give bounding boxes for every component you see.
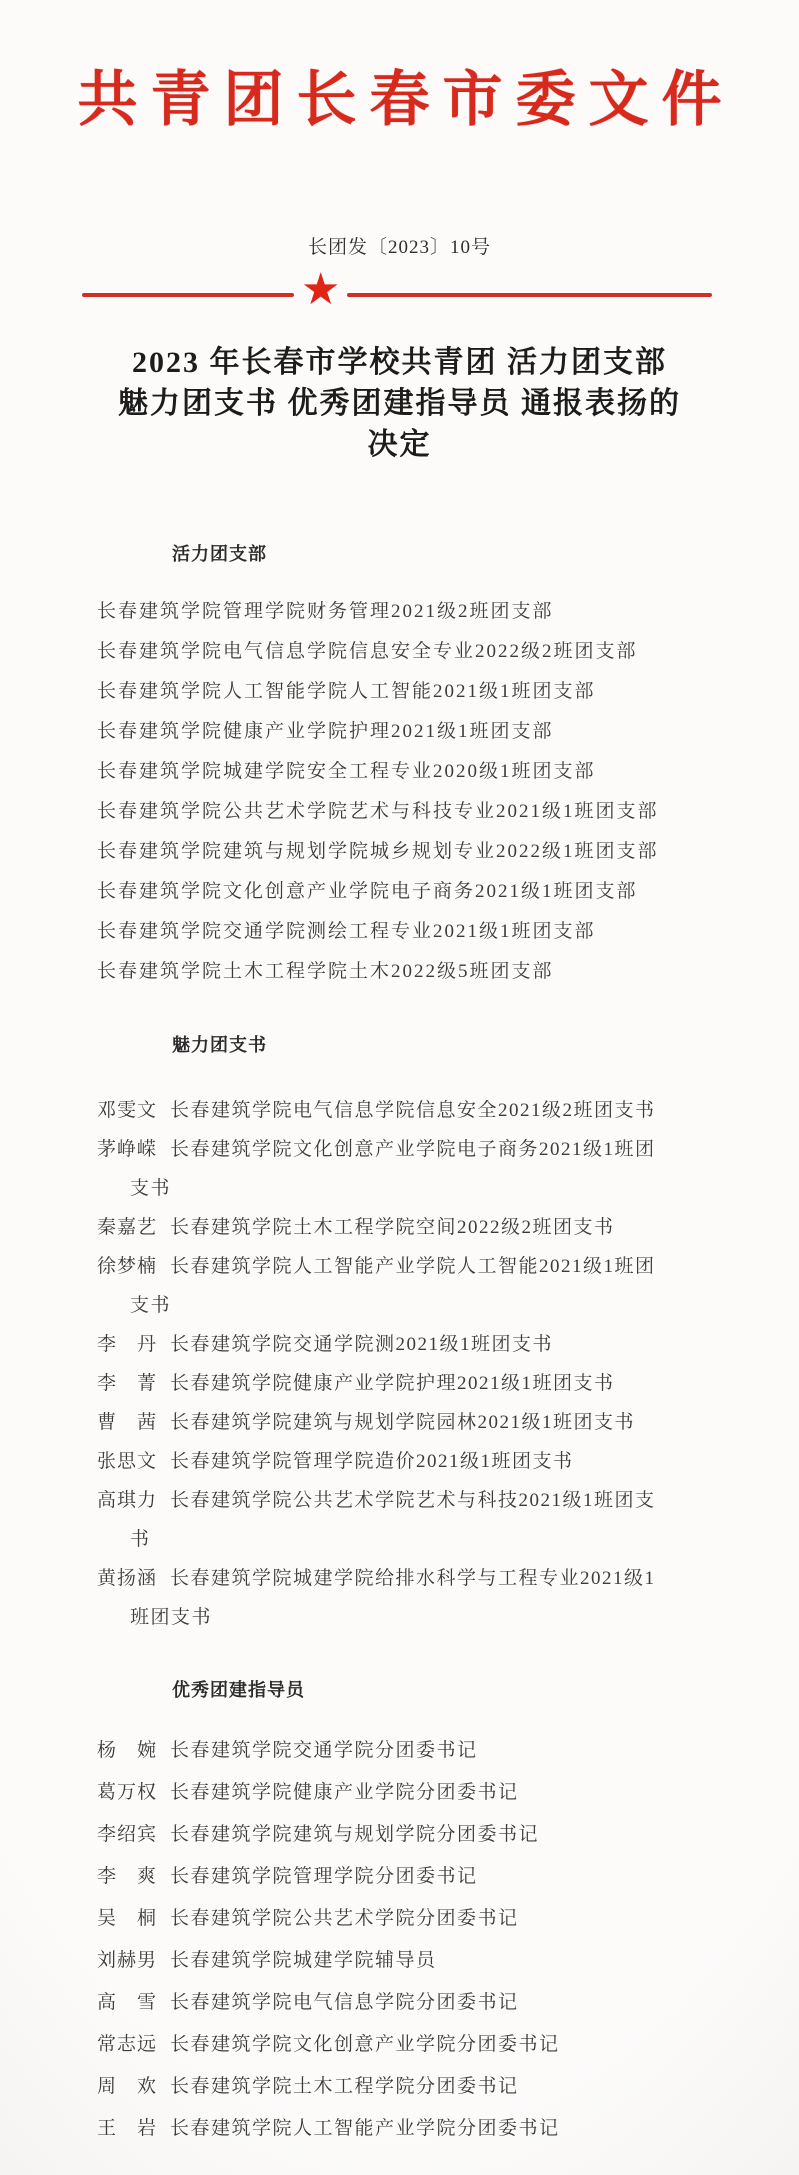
vitality-item: 长春建筑学院城建学院安全工程专业2020级1班团支部: [97, 752, 799, 792]
awardee-org-line: 长春建筑学院健康产业学院护理2021级1班团支书: [130, 1364, 799, 1403]
awardee-org-line: 长春建筑学院人工智能产业学院分团委书记: [130, 2108, 799, 2150]
awardee-name: 吴 桐: [97, 1898, 157, 1940]
document-number: 长团发〔2023〕10号: [0, 232, 799, 259]
awardee-name: 茅峥嵘: [97, 1130, 157, 1169]
awardee-row: 高琪力 长春建筑学院公共艺术学院艺术与科技2021级1班团支书: [130, 1481, 799, 1559]
awardee-org: 长春建筑学院人工智能产业学院人工智能2021级1班团支书: [130, 1247, 799, 1325]
awardee-row: 李 菁 长春建筑学院健康产业学院护理2021级1班团支书: [130, 1364, 799, 1403]
awardee-name: 李 菁: [97, 1364, 157, 1403]
awardee-name: 葛万权: [97, 1772, 157, 1814]
document-title-line-2: 魅力团支书 优秀团建指导员 通报表扬的: [0, 383, 799, 424]
awardee-org-line: 长春建筑学院交通学院分团委书记: [130, 1730, 799, 1772]
awardee-org: 长春建筑学院城建学院辅导员: [130, 1940, 799, 1982]
awardee-org: 长春建筑学院城建学院给排水科学与工程专业2021级1班团支书: [130, 1559, 799, 1637]
awardee-row: 徐梦楠 长春建筑学院人工智能产业学院人工智能2021级1班团支书: [130, 1247, 799, 1325]
document-page: 共青团长春市委文件 长团发〔2023〕10号 ★ 2023 年长春市学校共青团 …: [0, 0, 799, 2175]
document-title: 2023 年长春市学校共青团 活力团支部 魅力团支书 优秀团建指导员 通报表扬的…: [0, 342, 799, 465]
awardee-org-line: 书: [130, 1520, 799, 1559]
awardee-org-line: 支书: [130, 1286, 799, 1325]
awardee-row: 杨 婉 长春建筑学院交通学院分团委书记: [130, 1730, 799, 1772]
document-title-line-3: 决定: [0, 424, 799, 465]
vitality-item: 长春建筑学院建筑与规划学院城乡规划专业2022级1班团支部: [97, 832, 799, 872]
awardee-org-line: 长春建筑学院健康产业学院分团委书记: [130, 1772, 799, 1814]
awardee-org-line: 长春建筑学院公共艺术学院分团委书记: [130, 1898, 799, 1940]
awardee-row: 周 欢 长春建筑学院土木工程学院分团委书记: [130, 2066, 799, 2108]
section-heading-vitality: 活力团支部: [172, 540, 267, 566]
awardee-org-line: 班团支书: [130, 1598, 799, 1637]
vitality-item: 长春建筑学院文化创意产业学院电子商务2021级1班团支部: [97, 872, 799, 912]
awardee-org: 长春建筑学院公共艺术学院艺术与科技2021级1班团支书: [130, 1481, 799, 1559]
header-rule: ★: [82, 268, 712, 316]
awardee-org-line: 长春建筑学院管理学院造价2021级1班团支书: [130, 1442, 799, 1481]
awardee-name: 黄扬涵: [97, 1559, 157, 1598]
awardee-row: 常志远 长春建筑学院文化创意产业学院分团委书记: [130, 2024, 799, 2066]
awardee-org: 长春建筑学院土木工程学院空间2022级2班团支书: [130, 1208, 799, 1247]
awardee-org-line: 长春建筑学院交通学院测2021级1班团支书: [130, 1325, 799, 1364]
awardee-name: 常志远: [97, 2024, 157, 2066]
header-rule-left: [82, 293, 294, 297]
awardee-org-line: 长春建筑学院城建学院给排水科学与工程专业2021级1: [130, 1559, 799, 1598]
awardee-org-line: 长春建筑学院文化创意产业学院电子商务2021级1班团: [130, 1130, 799, 1169]
awardee-row: 秦嘉艺 长春建筑学院土木工程学院空间2022级2班团支书: [130, 1208, 799, 1247]
awardee-org: 长春建筑学院土木工程学院分团委书记: [130, 2066, 799, 2108]
awardee-org: 长春建筑学院建筑与规划学院园林2021级1班团支书: [130, 1403, 799, 1442]
vitality-item: 长春建筑学院健康产业学院护理2021级1班团支部: [97, 712, 799, 752]
awardee-org-line: 长春建筑学院城建学院辅导员: [130, 1940, 799, 1982]
awardee-name: 李 丹: [97, 1325, 157, 1364]
awardee-org-line: 长春建筑学院建筑与规划学院园林2021级1班团支书: [130, 1403, 799, 1442]
awardee-org-line: 长春建筑学院管理学院分团委书记: [130, 1856, 799, 1898]
awardee-name: 王 岩: [97, 2108, 157, 2150]
awardee-org: 长春建筑学院建筑与规划学院分团委书记: [130, 1814, 799, 1856]
awardee-org: 长春建筑学院电气信息学院分团委书记: [130, 1982, 799, 2024]
awardee-row: 葛万权 长春建筑学院健康产业学院分团委书记: [130, 1772, 799, 1814]
awardee-org: 长春建筑学院人工智能产业学院分团委书记: [130, 2108, 799, 2150]
awardee-row: 黄扬涵 长春建筑学院城建学院给排水科学与工程专业2021级1班团支书: [130, 1559, 799, 1637]
awardee-org: 长春建筑学院文化创意产业学院分团委书记: [130, 2024, 799, 2066]
advisors-list: 杨 婉 长春建筑学院交通学院分团委书记 葛万权 长春建筑学院健康产业学院分团委书…: [0, 1730, 799, 2150]
awardee-row: 高 雪 长春建筑学院电气信息学院分团委书记: [130, 1982, 799, 2024]
awardee-row: 刘赫男 长春建筑学院城建学院辅导员: [130, 1940, 799, 1982]
awardee-name: 徐梦楠: [97, 1247, 157, 1286]
awardee-org: 长春建筑学院管理学院造价2021级1班团支书: [130, 1442, 799, 1481]
awardee-org-line: 长春建筑学院电气信息学院分团委书记: [130, 1982, 799, 2024]
section-heading-charm: 魅力团支书: [172, 1031, 267, 1057]
awardee-org: 长春建筑学院管理学院分团委书记: [130, 1856, 799, 1898]
awardee-name: 高琪力: [97, 1481, 157, 1520]
awardee-row: 邓雯文 长春建筑学院电气信息学院信息安全2021级2班团支书: [130, 1091, 799, 1130]
vitality-item: 长春建筑学院交通学院测绘工程专业2021级1班团支部: [97, 912, 799, 952]
awardee-org: 长春建筑学院文化创意产业学院电子商务2021级1班团支书: [130, 1130, 799, 1208]
awardee-name: 秦嘉艺: [97, 1208, 157, 1247]
vitality-list: 长春建筑学院管理学院财务管理2021级2班团支部 长春建筑学院电气信息学院信息安…: [0, 592, 799, 992]
red-star-icon: ★: [294, 268, 347, 312]
document-title-line-1: 2023 年长春市学校共青团 活力团支部: [0, 342, 799, 383]
vitality-item: 长春建筑学院人工智能学院人工智能2021级1班团支部: [97, 672, 799, 712]
vitality-item: 长春建筑学院电气信息学院信息安全专业2022级2班团支部: [97, 632, 799, 672]
awardee-org-line: 长春建筑学院文化创意产业学院分团委书记: [130, 2024, 799, 2066]
awardee-name: 张思文: [97, 1442, 157, 1481]
awardee-org-line: 长春建筑学院人工智能产业学院人工智能2021级1班团: [130, 1247, 799, 1286]
awardee-name: 李 爽: [97, 1856, 157, 1898]
awardee-row: 吴 桐 长春建筑学院公共艺术学院分团委书记: [130, 1898, 799, 1940]
awardee-row: 李 爽 长春建筑学院管理学院分团委书记: [130, 1856, 799, 1898]
vitality-item: 长春建筑学院管理学院财务管理2021级2班团支部: [97, 592, 799, 632]
awardee-org: 长春建筑学院交通学院分团委书记: [130, 1730, 799, 1772]
awardee-name: 刘赫男: [97, 1940, 157, 1982]
awardee-name: 邓雯文: [97, 1091, 157, 1130]
document-header-title: 共青团长春市委文件: [0, 52, 799, 138]
section-heading-advisors: 优秀团建指导员: [172, 1676, 305, 1702]
vitality-item: 长春建筑学院土木工程学院土木2022级5班团支部: [97, 952, 799, 992]
awardee-row: 李绍宾 长春建筑学院建筑与规划学院分团委书记: [130, 1814, 799, 1856]
charm-list: 邓雯文 长春建筑学院电气信息学院信息安全2021级2班团支书 茅峥嵘 长春建筑学…: [0, 1091, 799, 1637]
awardee-org-line: 长春建筑学院公共艺术学院艺术与科技2021级1班团支: [130, 1481, 799, 1520]
awardee-org-line: 支书: [130, 1169, 799, 1208]
awardee-row: 张思文 长春建筑学院管理学院造价2021级1班团支书: [130, 1442, 799, 1481]
awardee-org-line: 长春建筑学院土木工程学院空间2022级2班团支书: [130, 1208, 799, 1247]
awardee-name: 李绍宾: [97, 1814, 157, 1856]
awardee-row: 李 丹 长春建筑学院交通学院测2021级1班团支书: [130, 1325, 799, 1364]
header-rule-right: [347, 293, 712, 297]
awardee-row: 王 岩 长春建筑学院人工智能产业学院分团委书记: [130, 2108, 799, 2150]
awardee-name: 高 雪: [97, 1982, 157, 2024]
awardee-name: 曹 茜: [97, 1403, 157, 1442]
awardee-org: 长春建筑学院健康产业学院护理2021级1班团支书: [130, 1364, 799, 1403]
awardee-org: 长春建筑学院电气信息学院信息安全2021级2班团支书: [130, 1091, 799, 1130]
awardee-org: 长春建筑学院公共艺术学院分团委书记: [130, 1898, 799, 1940]
awardee-org: 长春建筑学院健康产业学院分团委书记: [130, 1772, 799, 1814]
awardee-name: 周 欢: [97, 2066, 157, 2108]
awardee-name: 杨 婉: [97, 1730, 157, 1772]
awardee-row: 曹 茜 长春建筑学院建筑与规划学院园林2021级1班团支书: [130, 1403, 799, 1442]
awardee-row: 茅峥嵘 长春建筑学院文化创意产业学院电子商务2021级1班团支书: [130, 1130, 799, 1208]
awardee-org-line: 长春建筑学院建筑与规划学院分团委书记: [130, 1814, 799, 1856]
awardee-org-line: 长春建筑学院土木工程学院分团委书记: [130, 2066, 799, 2108]
awardee-org: 长春建筑学院交通学院测2021级1班团支书: [130, 1325, 799, 1364]
vitality-item: 长春建筑学院公共艺术学院艺术与科技专业2021级1班团支部: [97, 792, 799, 832]
awardee-org-line: 长春建筑学院电气信息学院信息安全2021级2班团支书: [130, 1091, 799, 1130]
